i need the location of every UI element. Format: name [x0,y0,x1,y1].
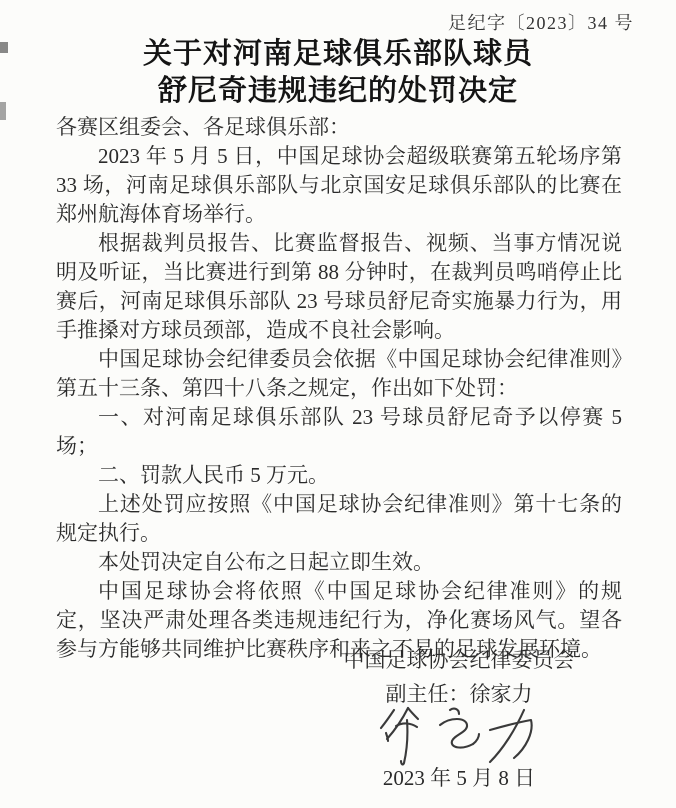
paragraph-4-penalty-item-1: 一、对河南足球俱乐部队 23 号球员舒尼奇予以停赛 5 场； [56,403,622,461]
doc-title-line2: 舒尼奇违规违纪的处罚决定 [158,75,518,107]
paragraph-6: 上述处罚应按照《中国足球协会纪律准则》第十七条的规定执行。 [56,490,622,548]
paragraph-3: 中国足球协会纪律委员会依据《中国足球协会纪律准则》第五十三条、第四十八条之规定，… [56,345,622,403]
paragraph-2: 根据裁判员报告、比赛监督报告、视频、当事方情况说明及听证，当比赛进行到第 88 … [56,229,622,345]
signature-signer: 副主任：徐家力 [326,680,592,708]
signature-org: 中国足球协会纪律委员会 [326,646,592,674]
paragraph-1: 2023 年 5 月 5 日，中国足球协会超级联赛第五轮场序第 33 场，河南足… [56,142,622,229]
document-page: 足纪字〔2023〕34 号 关于对河南足球俱乐部队球员舒尼奇违规违纪的处罚决定 … [0,0,676,808]
doc-body: 各赛区组委会、各足球俱乐部： 2023 年 5 月 5 日，中国足球协会超级联赛… [56,113,622,664]
signature-block: 中国足球协会纪律委员会 副主任：徐家力 2023 年 5 月 8 日 [326,646,592,792]
signature-date: 2023 年 5 月 8 日 [326,764,592,792]
paragraph-7: 本处罚决定自公布之日起立即生效。 [56,548,622,577]
salutation: 各赛区组委会、各足球俱乐部： [56,113,622,142]
handwritten-signature-icon [374,706,544,766]
doc-title: 关于对河南足球俱乐部队球员舒尼奇违规违纪的处罚决定 [0,36,676,110]
paragraph-5-penalty-item-2: 二、罚款人民币 5 万元。 [56,461,622,490]
doc-title-line1: 关于对河南足球俱乐部队球员 [143,38,533,70]
doc-number: 足纪字〔2023〕34 号 [448,9,634,35]
